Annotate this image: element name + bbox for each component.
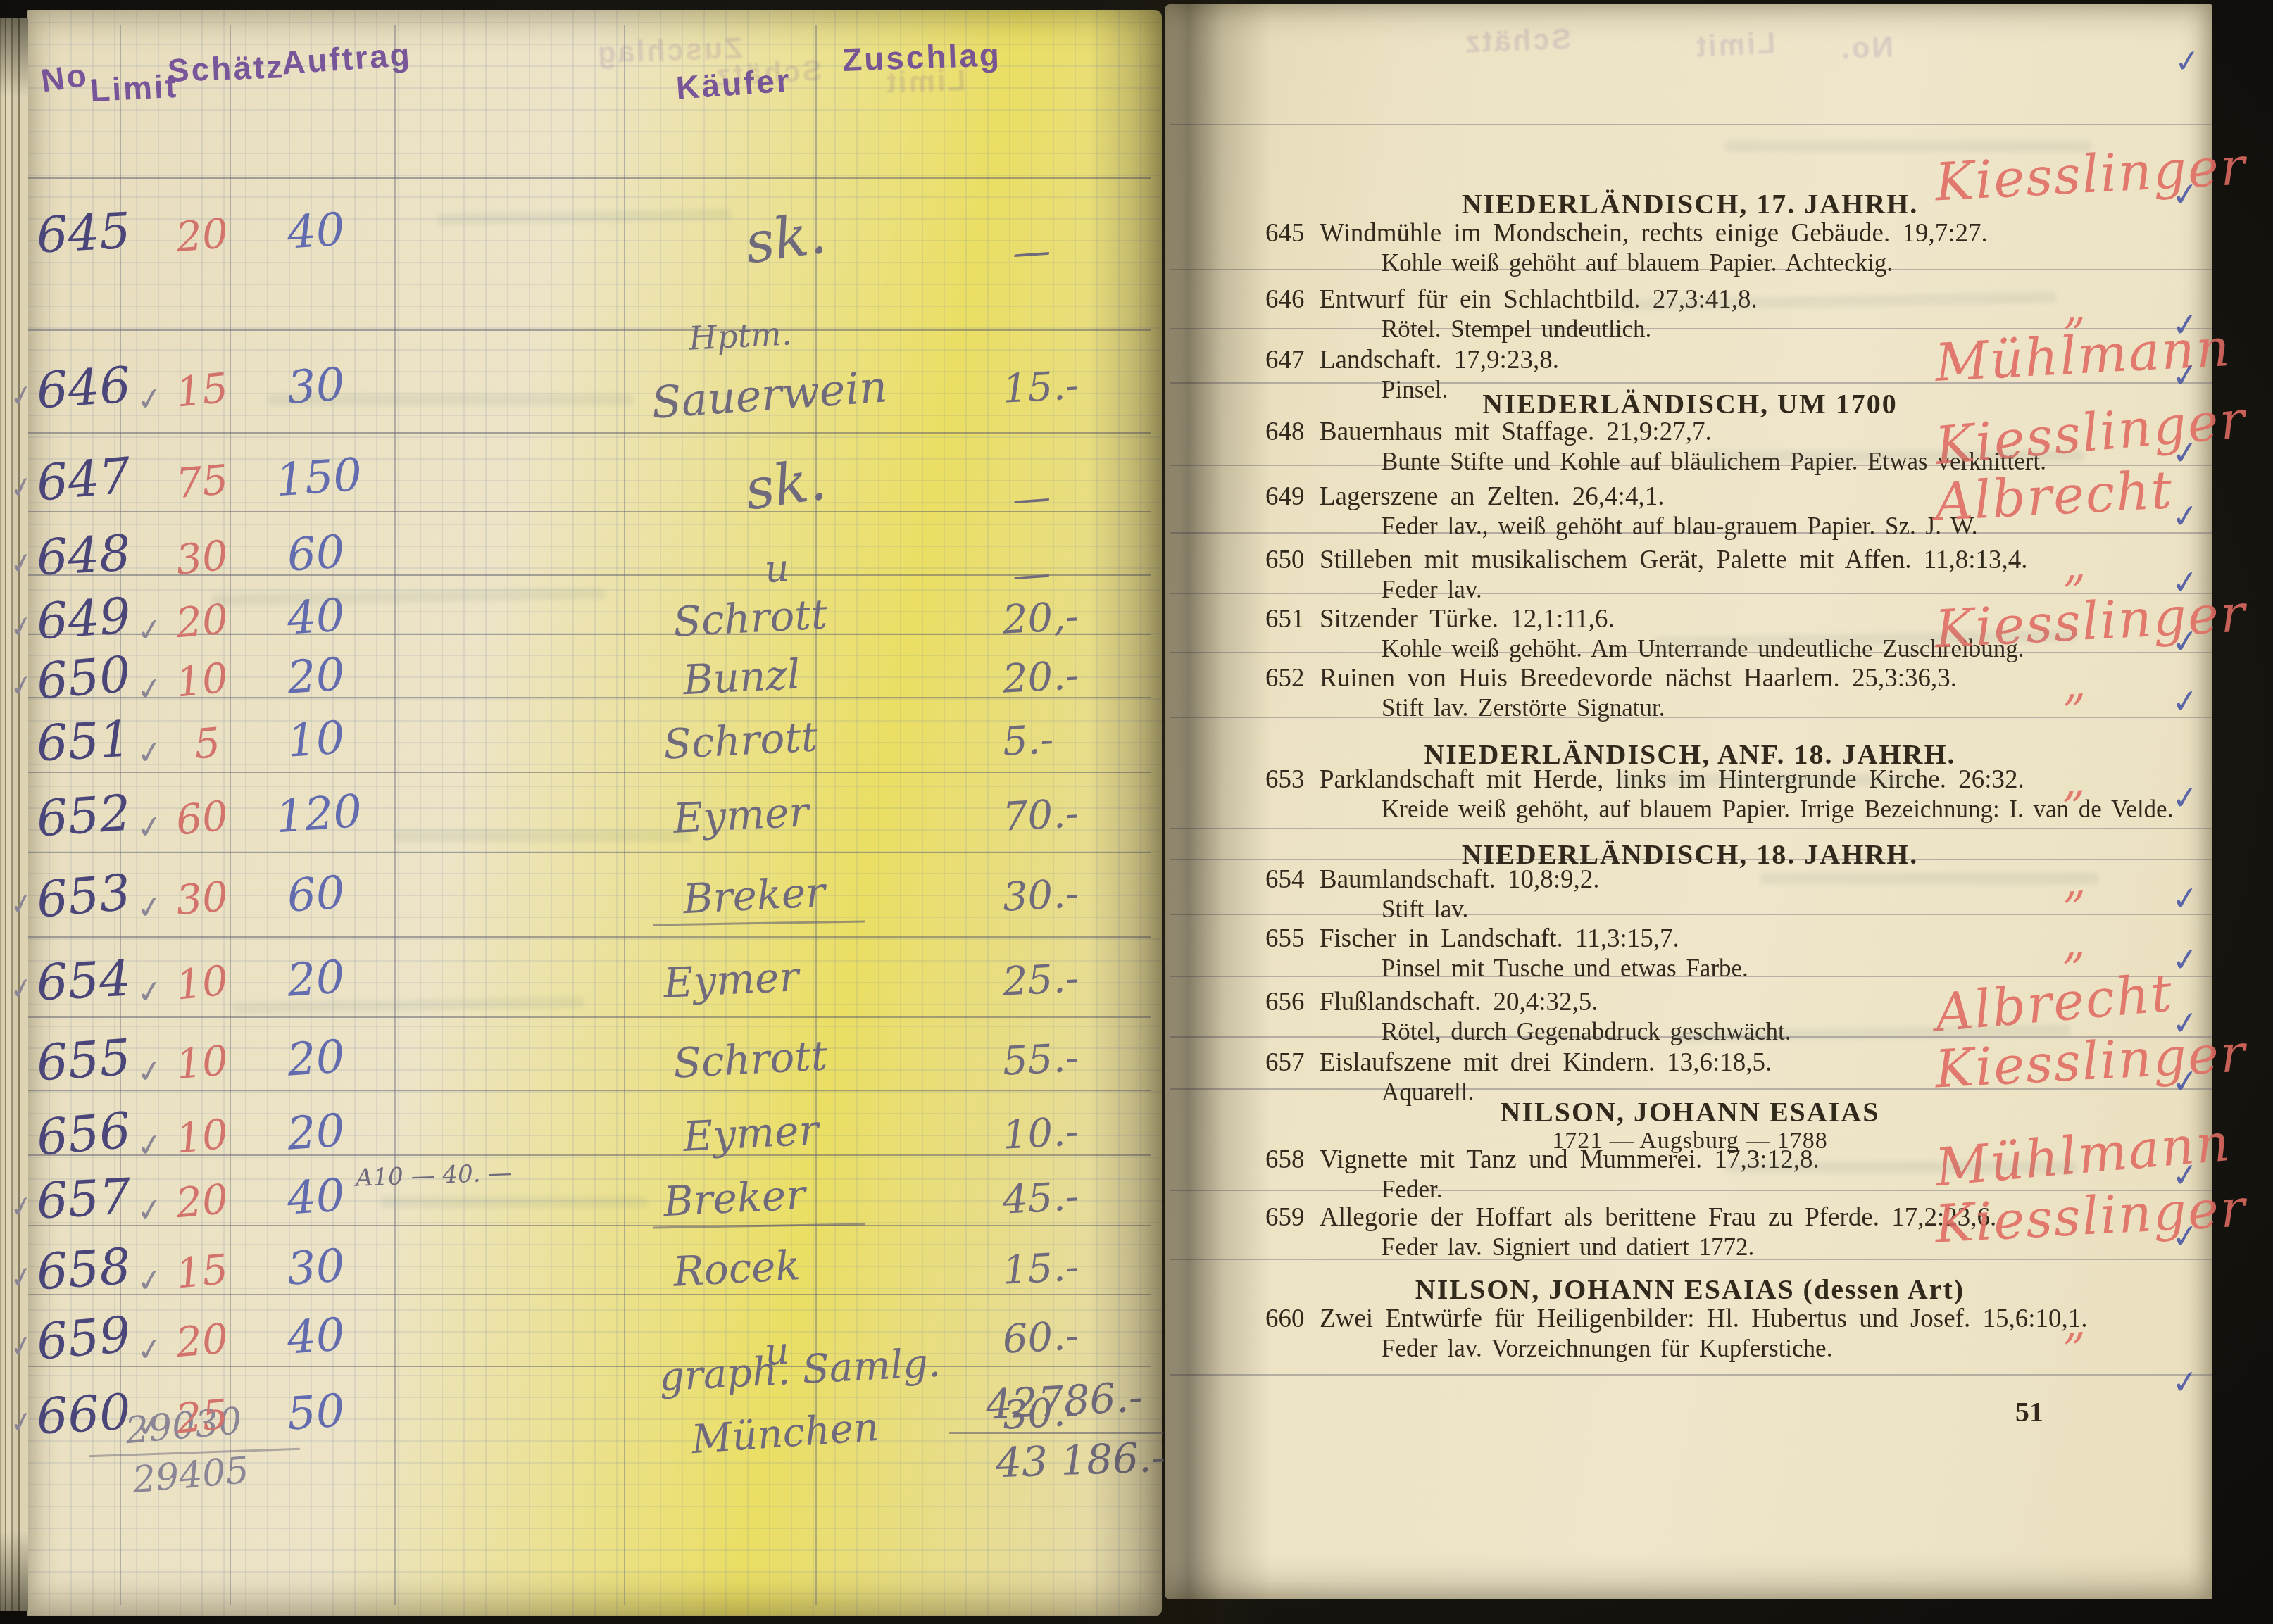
buyer-name: Bunzl xyxy=(682,650,801,705)
row-check: ✓ xyxy=(134,888,165,928)
buyer-name: Schrott xyxy=(662,712,818,768)
bleed-through-smudge xyxy=(1760,873,2098,884)
ledger-row-divider xyxy=(28,1016,1151,1018)
catalog-entry-number: 654 xyxy=(1265,864,1305,895)
buyer-name: Schrott xyxy=(672,1031,828,1087)
margin-check: ✓ xyxy=(2169,939,2200,980)
catalog-entry-technique: Stift lav. xyxy=(1382,895,1468,924)
auction-ledger-spread: No. Limit Schätz Auftrag Käufer Zuschlag… xyxy=(0,0,2273,1624)
buyer-name: Eymer xyxy=(662,952,799,1007)
row-check: ✓ xyxy=(134,973,165,1012)
limit-value: 20 xyxy=(174,209,230,261)
margin-annotation: „ xyxy=(2060,855,2089,909)
bleed-through-smudge xyxy=(437,208,732,225)
catalog-entry-technique: Feder lav., weiß gehöht auf blau-grauem … xyxy=(1382,512,1978,541)
catalog-entry-number: 653 xyxy=(1265,764,1305,795)
buyer-name: Eymer xyxy=(682,1106,819,1161)
catalog-entry-technique: Stift lav. Zerstörte Signatur. xyxy=(1382,694,1665,722)
margin-annotation: „ xyxy=(2060,754,2088,807)
ledger-row-divider xyxy=(28,772,1151,773)
catalog-entry-title: Windmühle im Mondschein, rechts einige G… xyxy=(1320,218,1988,248)
buyer-name: Sauerwein xyxy=(650,360,889,428)
row-check: ✓ xyxy=(134,808,165,848)
row-check-left: ✓ xyxy=(7,971,37,1007)
row-check: ✓ xyxy=(134,670,165,710)
catalog-entry-title: Parklandschaft mit Herde, links im Hinte… xyxy=(1320,764,2024,795)
margin-annotation: Kiesslinger xyxy=(1934,583,2248,660)
row-check-left: ✓ xyxy=(7,470,37,506)
auftrag-note: A10 — 40. — xyxy=(355,1159,513,1192)
hammer-price: 70.- xyxy=(1001,791,1079,841)
catalog-entry-title: Stilleben mit musikalischem Gerät, Palet… xyxy=(1320,545,2028,575)
limit-value: 30 xyxy=(174,531,231,584)
lot-number: 653 xyxy=(35,863,133,929)
limit-value: 15 xyxy=(174,363,231,416)
bleed-through-smudge xyxy=(211,588,606,606)
hammer-price-dash: — xyxy=(1011,474,1052,522)
row-check: ✓ xyxy=(134,1126,165,1166)
catalog-entry-technique: Feder lav. xyxy=(1382,576,1482,604)
lot-number: 645 xyxy=(35,202,132,265)
catalog-entry-technique: Rötel, durch Gegenabdruck geschwächt. xyxy=(1382,1018,1791,1046)
margin-check: ✓ xyxy=(2169,1216,2200,1257)
lot-number: 658 xyxy=(35,1237,132,1301)
margin-check: ✓ xyxy=(2169,1061,2200,1102)
catalog-entry-technique: Pinsel mit Tusche und etwas Farbe. xyxy=(1382,955,1748,983)
limit-value: 20 xyxy=(174,1175,230,1227)
hammer-price: 60.- xyxy=(1001,1313,1079,1363)
margin-annotation: „ xyxy=(2060,1296,2089,1350)
catalog-entry-title: Eislaufszene mit drei Kindern. 13,6:18,5… xyxy=(1320,1047,1772,1078)
margin-annotation: „ xyxy=(2060,916,2088,969)
catalog-entry-title: Flußlandschaft. 20,4:32,5. xyxy=(1320,987,1598,1017)
catalog-row-divider xyxy=(1170,717,2212,718)
catalog-entry-number: 647 xyxy=(1265,345,1305,375)
hammer-price: 15.- xyxy=(1001,1244,1079,1294)
lot-number: 660 xyxy=(35,1383,132,1446)
margin-annotation: Kiesslinger xyxy=(1934,136,2248,213)
row-check: ✓ xyxy=(134,380,165,420)
margin-annotation: Albrecht xyxy=(1934,460,2175,533)
row-check-left: ✓ xyxy=(7,378,37,415)
limit-value: 60 xyxy=(174,791,231,844)
margin-check: ✓ xyxy=(2169,621,2200,662)
estimate-value: 40 xyxy=(286,1169,346,1226)
catalog-entry-technique: Rötel. Stempel undeutlich. xyxy=(1382,315,1651,344)
row-check-left: ✓ xyxy=(7,886,37,923)
row-check: ✓ xyxy=(134,1261,165,1301)
catalog-entry-title: Ruinen von Huis Breedevorde nächst Haarl… xyxy=(1320,663,1957,693)
estimate-value: 20 xyxy=(286,951,346,1007)
row-check-left: ✓ xyxy=(7,668,37,705)
buyer-abbreviation: sk. xyxy=(741,200,830,276)
margin-check: ✓ xyxy=(2169,1361,2200,1402)
catalog-entry-title: Landschaft. 17,9:23,8. xyxy=(1320,345,1559,375)
catalog-entry-number: 655 xyxy=(1265,924,1305,954)
content-layer: 6452040sk.—646✓✓1530Hptm.Sauerwein15.-64… xyxy=(0,0,2273,1624)
catalog-entry-number: 658 xyxy=(1265,1145,1305,1175)
margin-check: ✓ xyxy=(2169,681,2200,722)
catalog-entry-technique: Feder lav. Vorzeichnungen für Kupferstic… xyxy=(1382,1335,1832,1363)
catalog-entry-number: 645 xyxy=(1265,218,1305,248)
lot-number: 648 xyxy=(35,524,132,587)
limit-value: 5 xyxy=(192,719,223,769)
lot-number: 650 xyxy=(35,645,133,710)
hammer-price: 30.- xyxy=(1001,871,1079,921)
row-check-left: ✓ xyxy=(7,546,37,582)
row-check-left: ✓ xyxy=(7,1259,37,1296)
estimate-value: 20 xyxy=(286,648,346,705)
catalog-entry-number: 656 xyxy=(1265,987,1305,1017)
row-check: ✓ xyxy=(134,611,165,650)
hammer-price: 15.- xyxy=(1001,363,1079,413)
limit-value: 20 xyxy=(174,595,230,647)
estimate-value: 10 xyxy=(286,712,346,768)
hammer-price-dash: — xyxy=(1011,228,1052,275)
ledger-row-divider xyxy=(28,1090,1151,1091)
buyer-name: Rocek xyxy=(672,1241,801,1295)
ledger-row-divider xyxy=(28,852,1151,853)
buyer-ditto: u xyxy=(763,546,791,591)
row-check: ✓ xyxy=(134,734,165,773)
catalog-entry-number: 660 xyxy=(1265,1304,1305,1334)
lot-number: 659 xyxy=(35,1305,133,1371)
ledger-row-divider xyxy=(28,511,1151,512)
buyer-abbreviation: sk. xyxy=(741,446,830,522)
estimate-value: 40 xyxy=(286,589,346,646)
limit-value: 75 xyxy=(174,455,230,508)
catalog-row-divider xyxy=(1170,124,2212,125)
catalog-entry-title: Zwei Entwürfe für Heiligenbilder: Hl. Hu… xyxy=(1320,1304,2088,1334)
catalog-entry-title: Baumlandschaft. 10,8:9,2. xyxy=(1320,864,1599,895)
catalog-entry-title: Lagerszene an Zelten. 26,4:4,1. xyxy=(1320,481,1664,512)
lot-number: 649 xyxy=(35,586,132,650)
buyer-name: Breker xyxy=(682,868,826,923)
catalog-entry-number: 659 xyxy=(1265,1202,1305,1233)
lot-number: 646 xyxy=(35,355,132,420)
catalog-entry-title: Entwurf für ein Schlachtbild. 27,3:41,8. xyxy=(1320,284,1758,315)
catalog-entry-number: 652 xyxy=(1265,663,1305,693)
catalog-entry-technique: Feder. xyxy=(1382,1176,1443,1204)
row-check-left: ✓ xyxy=(7,609,37,646)
ledger-row-divider xyxy=(28,329,1151,331)
catalog-entry-number: 657 xyxy=(1265,1047,1305,1078)
estimate-value: 40 xyxy=(286,1309,346,1365)
buyer-name-line1: graph. Samlg. xyxy=(658,1340,942,1401)
estimate-value: 20 xyxy=(286,1104,346,1161)
estimate-value: 30 xyxy=(286,1240,346,1296)
ledger-row-divider xyxy=(28,432,1151,434)
estimate-value: 20 xyxy=(286,1031,346,1087)
catalog-row-divider xyxy=(1170,1374,2212,1376)
lot-number: 657 xyxy=(35,1168,132,1230)
margin-check: ✓ xyxy=(2169,432,2200,473)
buyer-name: Eymer xyxy=(672,788,809,843)
catalog-entry-number: 646 xyxy=(1265,284,1305,315)
margin-annotation: „ xyxy=(2060,539,2089,593)
estimate-value: 40 xyxy=(286,203,346,260)
hammer-price: 45.- xyxy=(1001,1173,1079,1223)
row-check-left: ✓ xyxy=(7,1404,37,1441)
catalog-entry-number: 650 xyxy=(1265,545,1305,575)
hammer-price-dash: — xyxy=(1011,550,1052,598)
lot-number: 652 xyxy=(35,783,132,848)
estimate-value: 60 xyxy=(286,526,346,582)
ledger-column-divider xyxy=(394,25,396,1605)
catalog-entry-technique: Kohle weiß gehöht. Am Unterrande undeutl… xyxy=(1382,635,2024,663)
catalog-row-divider xyxy=(1170,914,2212,915)
margin-annotation: „ xyxy=(2060,657,2089,712)
row-check-left: ✓ xyxy=(7,1189,37,1226)
lot-number: 655 xyxy=(35,1028,132,1092)
hammer-price: 20.- xyxy=(1001,653,1079,703)
ledger-column-divider xyxy=(230,25,231,1605)
buyer-name: Schrott xyxy=(672,590,828,646)
row-check: ✓ xyxy=(134,1191,165,1230)
limit-value: 10 xyxy=(174,653,231,706)
buyer-name: Breker xyxy=(662,1171,806,1226)
catalog-entry-technique: Kohle weiß gehöht auf blauem Papier. Ach… xyxy=(1382,249,1893,277)
hammer-price: 5.- xyxy=(1001,717,1055,765)
limit-value: 15 xyxy=(174,1245,231,1297)
margin-check: ✓ xyxy=(2169,496,2200,536)
bleed-through-smudge xyxy=(380,1197,648,1208)
margin-check: ✓ xyxy=(2169,355,2200,396)
limit-value: 25 xyxy=(174,1390,231,1442)
bleed-through-smudge xyxy=(394,831,690,842)
row-check-left: ✓ xyxy=(7,1328,37,1365)
ledger-row-divider xyxy=(28,936,1151,938)
estimate-value: 150 xyxy=(275,449,364,507)
hammer-price: 10.- xyxy=(1001,1109,1079,1159)
catalog-entry-title: Sitzender Türke. 12,1:11,6. xyxy=(1320,604,1615,634)
row-check: ✓ xyxy=(134,1406,165,1446)
lot-number: 651 xyxy=(35,710,132,773)
catalog-entry-number: 651 xyxy=(1265,604,1305,634)
hammer-price: 55.- xyxy=(1001,1035,1079,1085)
hammer-price: 30.- xyxy=(1001,1389,1079,1439)
catalog-entry-title: Bauernhaus mit Staffage. 21,9:27,7. xyxy=(1320,417,1712,447)
catalog-row-divider xyxy=(1170,828,2212,829)
catalog-entry-title: Fischer in Landschaft. 11,3:15,7. xyxy=(1320,924,1679,954)
buyer-name-line2: München xyxy=(690,1404,880,1463)
hammer-price: 25.- xyxy=(1001,955,1079,1005)
estimate-value: 30 xyxy=(286,358,346,415)
limit-value: 10 xyxy=(174,1109,231,1162)
estimate-value: 60 xyxy=(286,867,346,923)
catalog-section-heading: NILSON, JOHANN ESAIAS (dessen Art) xyxy=(1264,1273,2116,1306)
ledger-row-divider xyxy=(28,1366,1151,1367)
catalog-entry-title: Vignette mit Tanz und Mummerei. 17,3:12,… xyxy=(1320,1145,1820,1175)
margin-check: ✓ xyxy=(2169,174,2200,215)
ledger-column-divider xyxy=(624,25,625,1605)
catalog-entry-technique: Kreide weiß gehöht, auf blauem Papier. I… xyxy=(1382,795,2173,824)
row-check: ✓ xyxy=(134,1330,165,1370)
margin-check: ✓ xyxy=(2169,777,2200,818)
margin-check-top: ✓ xyxy=(2172,42,2202,81)
catalog-entry-number: 649 xyxy=(1265,481,1305,512)
catalog-section-heading: NILSON, JOHANN ESAIAS xyxy=(1264,1095,2116,1128)
buyer-title: Hptm. xyxy=(688,314,793,358)
catalog-entry-technique: Feder lav. Signiert und datiert 1772. xyxy=(1382,1233,1754,1261)
lot-number: 654 xyxy=(35,950,132,1012)
ledger-row-divider xyxy=(28,177,1151,179)
estimate-value: 50 xyxy=(286,1385,346,1441)
limit-value: 30 xyxy=(174,872,230,924)
bleed-through-smudge xyxy=(232,997,584,1014)
row-check: ✓ xyxy=(134,1052,165,1092)
limit-value: 10 xyxy=(174,1036,230,1088)
limit-value: 10 xyxy=(174,956,231,1009)
catalog-entry-number: 648 xyxy=(1265,417,1305,447)
lot-number: 656 xyxy=(35,1101,133,1166)
limit-value: 20 xyxy=(174,1314,230,1366)
catalog-entry-title: Allegorie der Hoffart als berittene Frau… xyxy=(1320,1202,1996,1233)
lot-number: 647 xyxy=(35,446,133,512)
estimate-value: 120 xyxy=(275,786,364,843)
margin-check: ✓ xyxy=(2169,878,2200,919)
hammer-price: 20,- xyxy=(1001,593,1079,643)
